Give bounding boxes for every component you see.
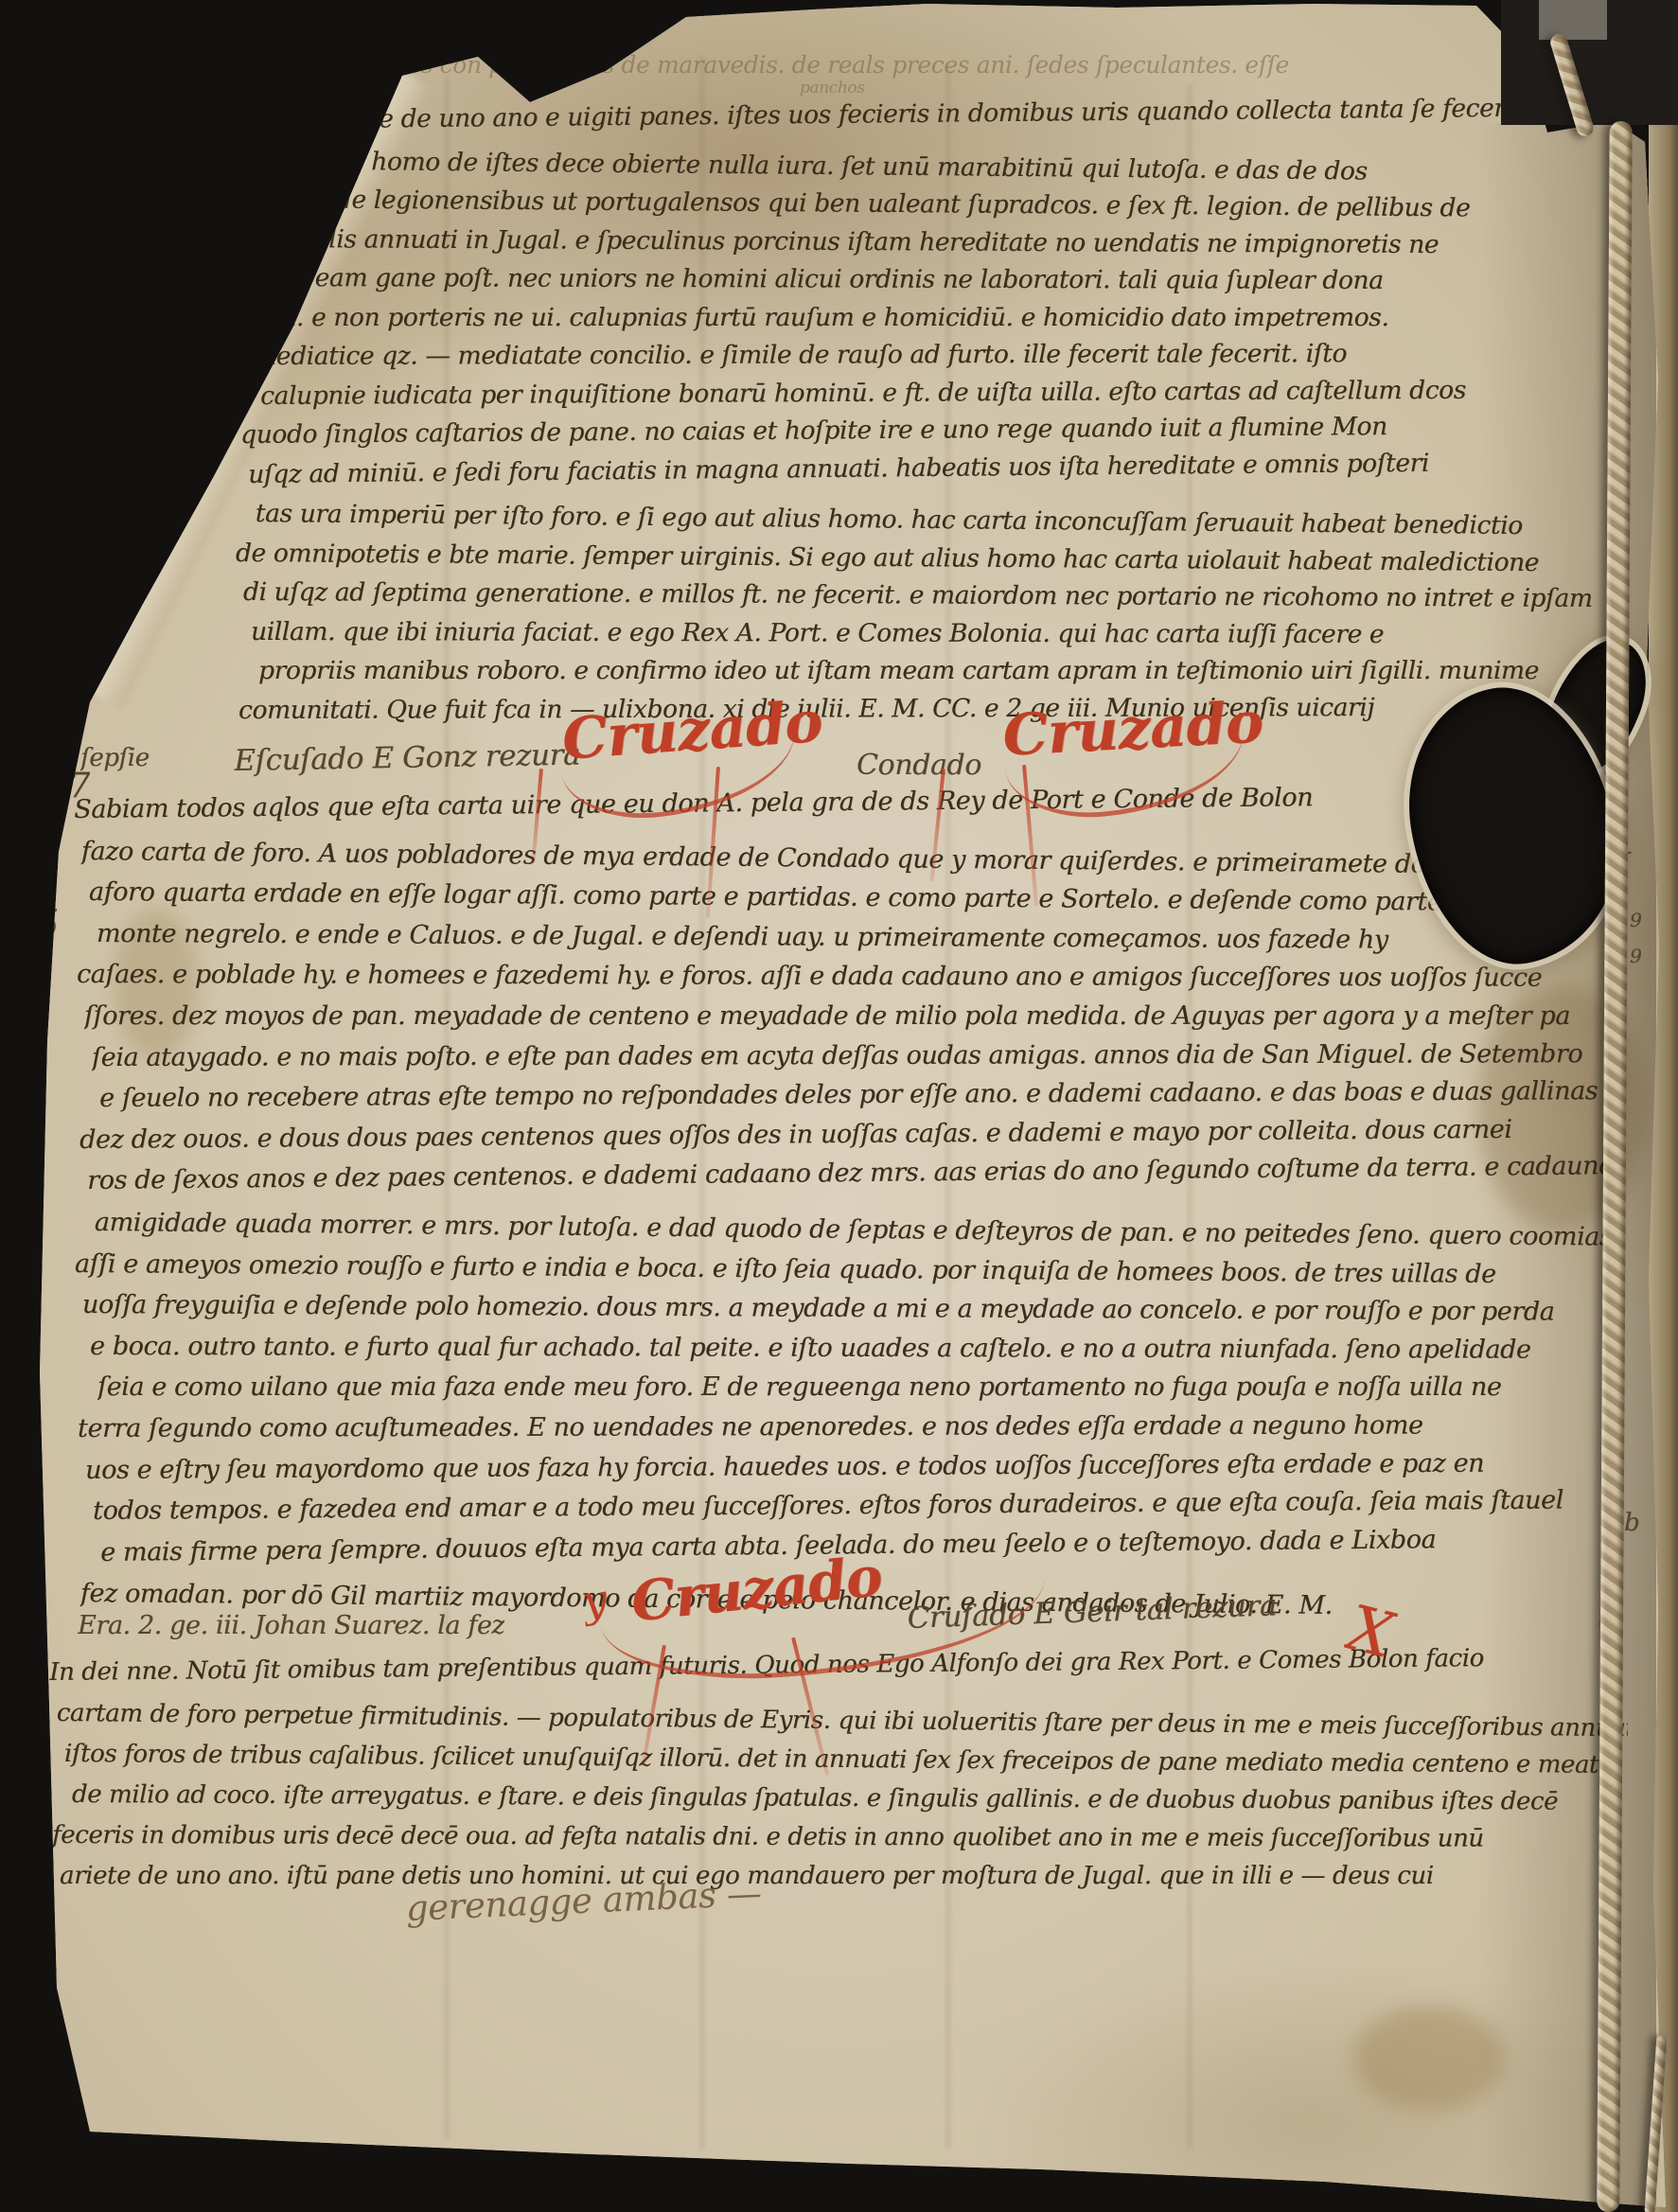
- manuscript-line: e ſeuelo no recebere atras eſte tempo no…: [99, 1076, 1637, 1114]
- manuscript-line: monte negrelo. e ende e Caluos. e de Jug…: [97, 919, 1634, 957]
- manuscript-line: propriis manibus roboro. e confirmo ideo…: [258, 656, 1612, 686]
- manuscript-line: ros de ſexos anos e dez paes centenos. e…: [87, 1152, 1625, 1197]
- manuscript-line: terra ſegundo como acuſtumeades. E no ue…: [78, 1410, 1616, 1444]
- manuscript-line: dez dez ouos. e dous dous paes centenos …: [79, 1114, 1617, 1156]
- manuscript-line: ſex. ft. de legionensibus ut portugalens…: [250, 185, 1603, 224]
- chancery-annotation: Era. 2. ge. iii. Johan Suarez. la fez: [78, 1611, 504, 1641]
- manuscript-line: aforo quarta erdade en eſſe logar aſſi. …: [89, 877, 1627, 919]
- manuscript-line: de milio ad coco. iſte arreygatus. e ſta…: [72, 1780, 1643, 1817]
- margin-mark: 9: [1630, 909, 1641, 932]
- manuscript-line: feceris in domibus uris decē decē oua. a…: [52, 1821, 1623, 1854]
- manuscript-line: tas ura imperiū per iſto foro. e ſi ego …: [256, 499, 1609, 541]
- manuscript-line: uos e eſtry ſeu mayordomo que uos faza h…: [85, 1448, 1623, 1486]
- margin-mark: 9: [1630, 945, 1641, 968]
- margin-mark: ʒ: [36, 895, 57, 938]
- manuscript-line: foru. e non porteris ne ui. calupnias fu…: [245, 303, 1599, 333]
- manuscript-line: iſtos foros de tribus caſalibus. ſcilice…: [64, 1740, 1635, 1780]
- mounting-tab: [1539, 0, 1607, 40]
- manuscript-line: uillam. que ibi iniuria faciat. e ego Re…: [251, 617, 1604, 650]
- manuscript-line: amigidade quada morrer. e mrs. por lutoſ…: [95, 1208, 1633, 1253]
- margin-mark: b: [1624, 1509, 1639, 1538]
- manuscript-line: uoſſa freyguiſia e deſende polo homezio.…: [82, 1290, 1620, 1328]
- chancery-annotation: Condado: [857, 749, 981, 782]
- faded-header-line: …des milites con parcos nos de maravedis…: [284, 51, 1289, 80]
- manuscript-line: comunitati. Que fuit fca in — ulixbona. …: [238, 692, 1592, 725]
- manuscript-line: mediatice qz. — mediatate concilio. e ſi…: [253, 339, 1606, 372]
- manuscript-line: e boca. outro tanto. e furto qual fur ac…: [90, 1332, 1628, 1366]
- manuscript-line: calupnie iudicata per inquiſitione bonar…: [260, 375, 1614, 411]
- manuscript-line: in unu ariete de uno ano e uigiti panes.…: [235, 93, 1588, 135]
- chancery-annotation: Eſcuſado E Gonz rezura: [234, 738, 580, 778]
- margin-mark: 37: [47, 767, 90, 805]
- chancery-annotation: ſepſie: [80, 744, 150, 773]
- parchment-sheet: …des milites con parcos nos de maravedis…: [0, 0, 1678, 2212]
- manuscript-line: oſpitalis annuati in Jugal. e ſpeculinus…: [257, 224, 1611, 260]
- margin-mark: 4: [38, 833, 58, 870]
- manuscript-line: ſeia e como uilano que mia faza ende meu…: [97, 1372, 1635, 1403]
- manuscript-line: ariete de uno ano. iſtū pane detis uno h…: [60, 1862, 1631, 1891]
- manuscript-line: caſaes. e poblade hy. e homees e fazedem…: [77, 960, 1615, 994]
- manuscript-line: uſqz ad miniū. e ſedi foru faciatis in m…: [248, 447, 1601, 489]
- manuscript-line: teſtes eam gane poſt. nec uniors ne homi…: [238, 263, 1591, 296]
- manuscript-line: cartam de foro perpetue firmitudinis. — …: [57, 1699, 1628, 1743]
- manuscript-line: quodo ſinglos caſtarios de pane. no caia…: [240, 411, 1594, 451]
- manuscript-line: todos tempos. e fazedea end amar e a tod…: [93, 1485, 1631, 1527]
- manuscript-scan-page: …des milites con parcos nos de maravedis…: [0, 0, 1678, 2212]
- manuscript-line: aſſi e ameyos omezio rouſſo e furto e in…: [75, 1249, 1613, 1291]
- manuscript-line: ſeia ataygado. e no mais poſto. e eſte p…: [92, 1039, 1630, 1073]
- faded-header-line: panchos: [800, 78, 865, 98]
- manuscript-line: ſſores. dez moyos de pan. meyadade de ce…: [84, 1001, 1622, 1032]
- manuscript-line: de omnipotetis e bte marie. ſemper uirgi…: [236, 539, 1589, 578]
